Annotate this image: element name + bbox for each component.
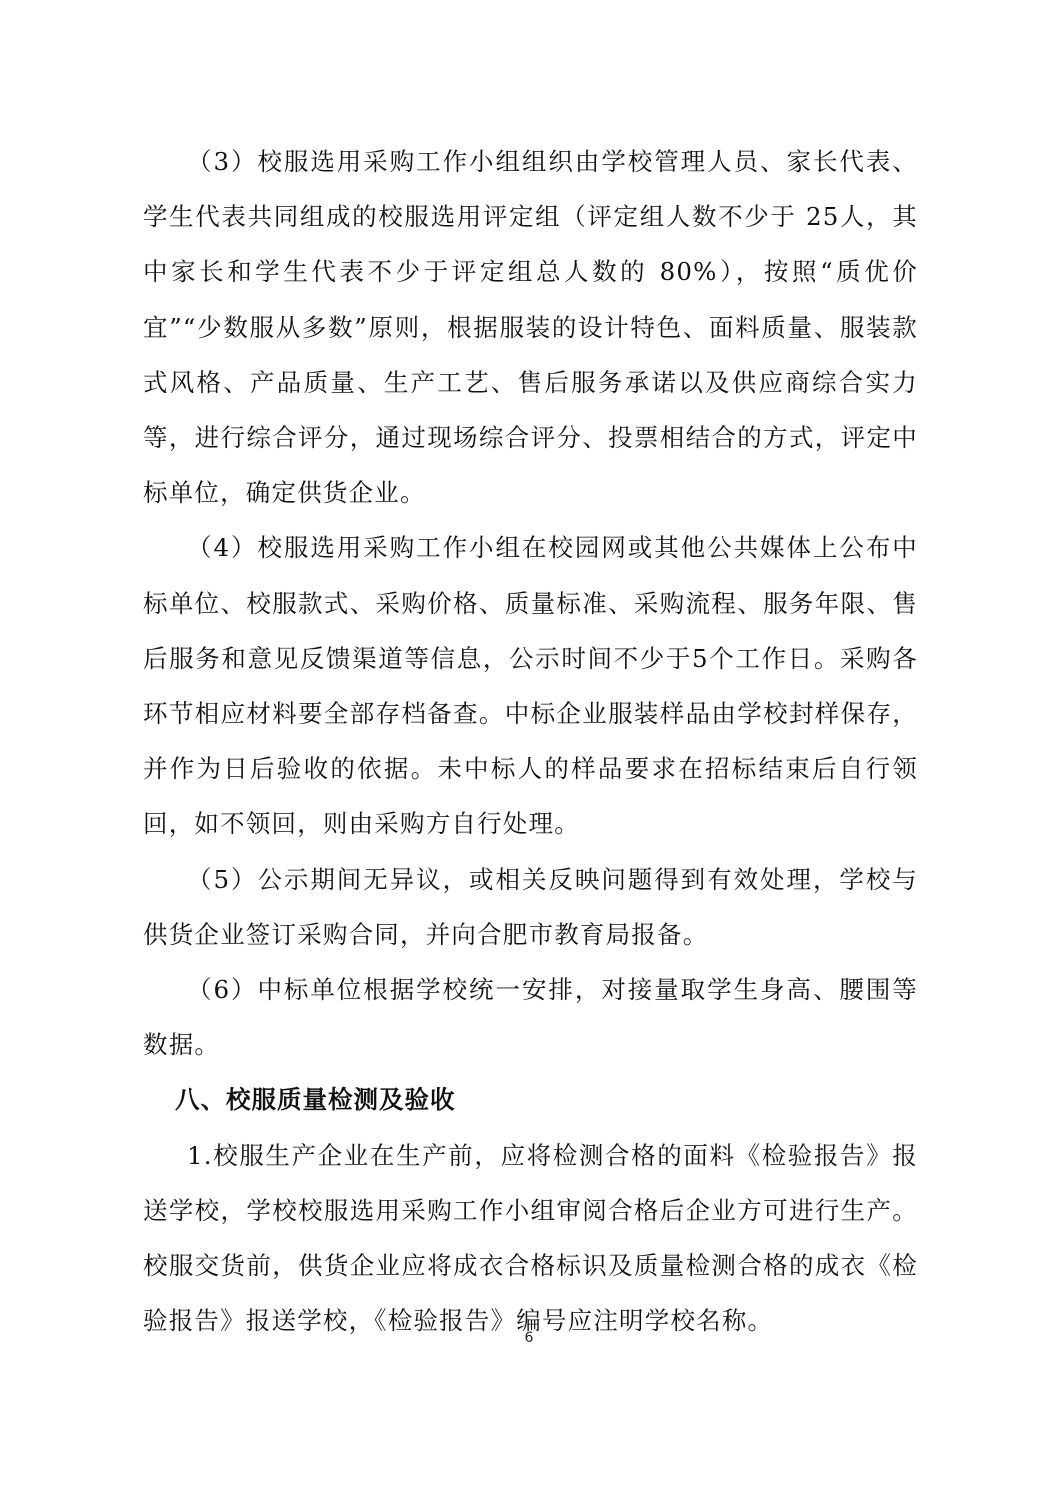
- paragraph-item-4: （4）校服选用采购工作小组在校园网或其他公共媒体上公布中标单位、校服款式、采购价…: [143, 520, 918, 851]
- document-page: （3）校服选用采购工作小组组织由学校管理人员、家长代表、学生代表共同组成的校服选…: [0, 0, 1058, 1496]
- paragraph-item-6: （6）中标单位根据学校统一安排，对接量取学生身高、腰围等数据。: [143, 962, 918, 1072]
- section-heading: 八、校服质量检测及验收: [143, 1072, 918, 1127]
- paragraph-point-1: 1.校服生产企业在生产前，应将检测合格的面料《检验报告》报送学校，学校校服选用采…: [143, 1128, 918, 1349]
- paragraph-item-3: （3）校服选用采购工作小组组织由学校管理人员、家长代表、学生代表共同组成的校服选…: [143, 134, 918, 520]
- page-body: （3）校服选用采购工作小组组织由学校管理人员、家长代表、学生代表共同组成的校服选…: [143, 134, 918, 1348]
- page-number: 6: [0, 1330, 1058, 1346]
- paragraph-item-5: （5）公示期间无异议，或相关反映问题得到有效处理，学校与供货企业签订采购合同，并…: [143, 852, 918, 962]
